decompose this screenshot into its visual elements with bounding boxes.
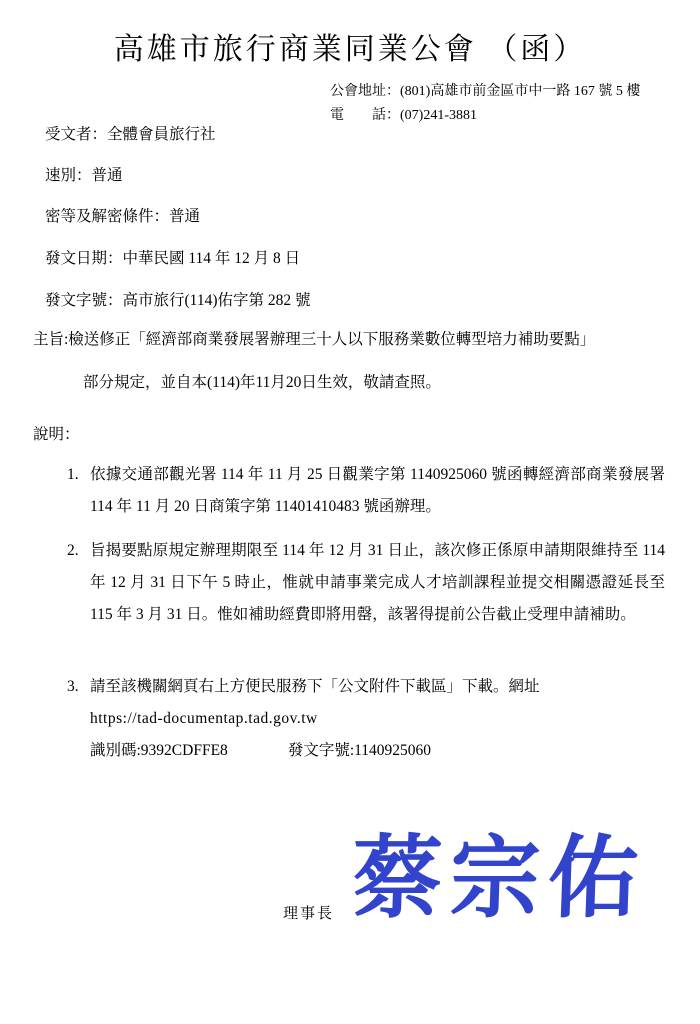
explanation-heading: 說明： <box>33 422 80 444</box>
reference-doc-number: 發文字號:1140925060 <box>288 742 431 759</box>
explanation-item-2: 2. 旨揭要點原規定辦理期限至 114 年 12 月 31 日止，該次修正係原申… <box>67 535 665 631</box>
item-text: 旨揭要點原規定辦理期限至 114 年 12 月 31 日止，該次修正係原申請期限… <box>90 535 665 631</box>
address-label: 公會地址： <box>330 84 400 99</box>
document-id-line: 識別碼:9392CDFFE8發文字號:1140925060 <box>90 735 665 767</box>
download-url: https://tad-documentap.tad.gov.tw <box>90 703 665 735</box>
signature-job-title: 理事長 <box>283 902 334 923</box>
subject-line-2: 部分規定，並自本(114)年11月20日生效，敬請查照。 <box>83 370 441 392</box>
address-value: (801)高雄市前金區市中一路 167 號 5 樓 <box>400 84 640 99</box>
chairman-signature: 蔡宗佑 <box>350 826 648 934</box>
item-number: 2. <box>67 535 90 567</box>
association-contact-block: 公會地址：(801)高雄市前金區市中一路 167 號 5 樓 電 話：(07)2… <box>330 80 640 128</box>
subject-line-1: 主旨:檢送修正「經濟部商業發展署辦理三十人以下服務業數位轉型培力補助要點」 <box>33 327 595 349</box>
identification-code: 識別碼:9392CDFFE8 <box>90 742 228 759</box>
field-issue-date: 發文日期：中華民國 114 年 12 月 8 日 <box>45 250 300 267</box>
phone-value: (07)241-3881 <box>400 108 477 123</box>
field-recipient: 受文者：全體會員旅行社 <box>45 126 216 143</box>
item-text: 依據交通部觀光署 114 年 11 月 25 日觀業字第 1140925060 … <box>90 459 665 523</box>
field-security-class: 密等及解密條件：普通 <box>45 208 200 225</box>
letter-page: 高雄市旅行商業同業公會 （函） 公會地址：(801)高雄市前金區市中一路 167… <box>0 0 700 1024</box>
item-number: 1. <box>67 459 90 491</box>
page-title: 高雄市旅行商業同業公會 （函） <box>0 24 700 68</box>
item-text-block: 請至該機關網頁右上方便民服務下「公文附件下載區」下載。網址 https://ta… <box>90 671 665 767</box>
item-number: 3. <box>67 671 90 703</box>
explanation-item-3: 3. 請至該機關網頁右上方便民服務下「公文附件下載區」下載。網址 https:/… <box>67 671 665 767</box>
field-speed-class: 速別：普通 <box>45 167 123 184</box>
association-address: 公會地址：(801)高雄市前金區市中一路 167 號 5 樓 <box>330 80 640 104</box>
field-issue-number: 發文字號：高市旅行(114)佑字第 282 號 <box>45 292 311 309</box>
association-phone: 電 話：(07)241-3881 <box>330 104 640 128</box>
phone-label: 電 話： <box>330 108 400 123</box>
item-text: 請至該機關網頁右上方便民服務下「公文附件下載區」下載。網址 <box>90 671 665 703</box>
explanation-item-1: 1. 依據交通部觀光署 114 年 11 月 25 日觀業字第 11409250… <box>67 459 665 523</box>
